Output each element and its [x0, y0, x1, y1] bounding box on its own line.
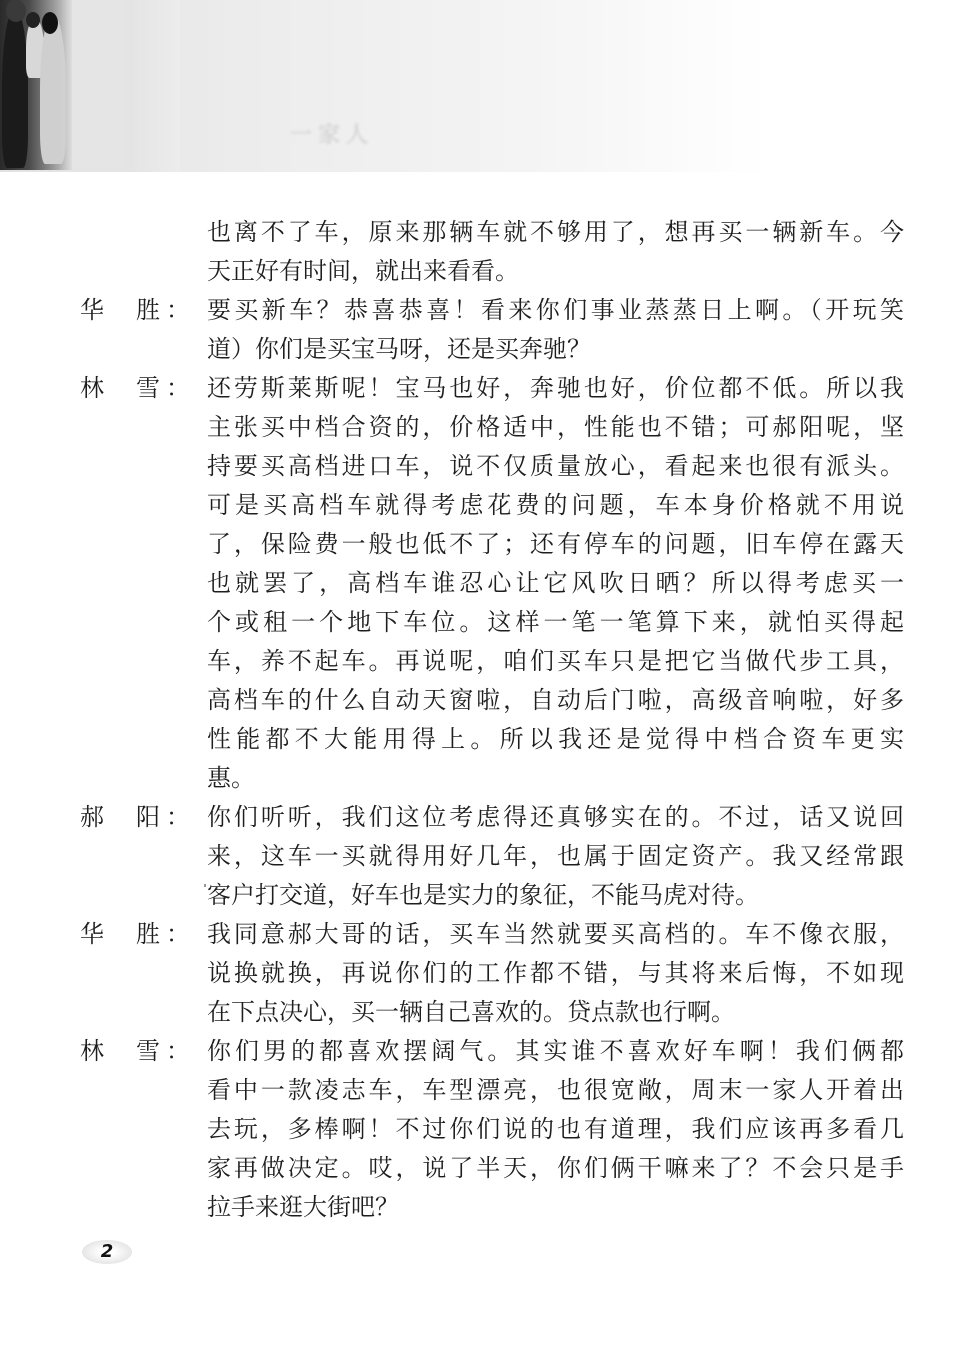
speaker-name-char: 雪 — [136, 369, 166, 408]
speaker-label: 林雪： — [80, 369, 190, 408]
dialogue-text: 道）你们是买宝马呀，还是买奔驰？ — [207, 330, 904, 369]
dialogue-line: 华胜：要买新车？恭喜恭喜！看来你们事业蒸蒸日上啊。（开玩笑 — [0, 291, 960, 330]
dialogue-line: 性能都不大能用得上。所以我还是觉得中档合资车更实 — [0, 720, 960, 759]
speaker-name-char: 胜 — [136, 291, 166, 330]
photo-figure-man — [2, 8, 28, 168]
faded-chapter-title: 一家人 — [290, 118, 374, 149]
dialogue-line: 天正好有时间，就出来看看。 — [0, 252, 960, 291]
dialogue-line: 了，保险费一般也低不了；还有停车的问题，旧车停在露天 — [0, 525, 960, 564]
dialogue-line: 华胜：我同意郝大哥的话，买车当然就要买高档的。车不像衣服， — [0, 915, 960, 954]
dialogue-line: 去玩，多棒啊！不过你们说的也有道理，我们应该再多看几 — [0, 1110, 960, 1149]
dialogue-line: 拉手来逛大街吧？ — [0, 1188, 960, 1227]
dialogue-text: 也就罢了，高档车谁忍心让它风吹日晒？所以得考虑买一 — [207, 564, 904, 603]
dialogue-line: 客户打交道，好车也是实力的象征，不能马虎对待。 — [0, 876, 960, 915]
dialogue-text: 看中一款凌志车，车型漂亮，也很宽敞，周末一家人开着出 — [207, 1071, 904, 1110]
dialogue-line: 也离不了车，原来那辆车就不够用了，想再买一辆新车。今 — [0, 213, 960, 252]
dialogue-line: 林雪：还劳斯莱斯呢！宝马也好，奔驰也好，价位都不低。所以我 — [0, 369, 960, 408]
dialogue-line: 家再做决定。哎，说了半天，你们俩干嘛来了？不会只是手 — [0, 1149, 960, 1188]
dialogue-line: 主张买中档合资的，价格适中，性能也不错；可郝阳呢，坚 — [0, 408, 960, 447]
dialogue-text: 家再做决定。哎，说了半天，你们俩干嘛来了？不会只是手 — [207, 1149, 904, 1188]
dialogue-line: 说换就换，再说你们的工作都不错，与其将来后悔，不如现 — [0, 954, 960, 993]
dialogue-text: 车，养不起车。再说呢，咱们买车只是把它当做代步工具， — [207, 642, 904, 681]
header-fade — [60, 0, 180, 172]
dialogue-text: 惠。 — [207, 759, 904, 798]
dialogue-line: 高档车的什么自动天窗啦，自动后门啦，高级音响啦，好多 — [0, 681, 960, 720]
speaker-label: 郝阳： — [80, 798, 190, 837]
dialogue-text: 你们听听，我们这位考虑得还真够实在的。不过，话又说回 — [207, 798, 904, 837]
dialogue-line: 林雪：你们男的都喜欢摆阔气。其实谁不喜欢好车啊！我们俩都 — [0, 1032, 960, 1071]
dialogue-line: 车，养不起车。再说呢，咱们买车只是把它当做代步工具， — [0, 642, 960, 681]
speaker-colon: ： — [166, 915, 186, 954]
speaker-colon: ： — [166, 1032, 186, 1071]
dialogue-text: 要买新车？恭喜恭喜！看来你们事业蒸蒸日上啊。（开玩笑 — [207, 291, 904, 330]
dialogue-line: 惠。 — [0, 759, 960, 798]
speaker-label: 华胜： — [80, 291, 190, 330]
scan-speck — [204, 884, 206, 887]
speaker-label: 林雪： — [80, 1032, 190, 1071]
dialogue-text: 你们男的都喜欢摆阔气。其实谁不喜欢好车啊！我们俩都 — [207, 1032, 904, 1071]
dialogue-text: 了，保险费一般也低不了；还有停车的问题，旧车停在露天 — [207, 525, 904, 564]
dialogue-line: 持要买高档进口车，说不仅质量放心，看起来也很有派头。 — [0, 447, 960, 486]
dialogue-text: 去玩，多棒啊！不过你们说的也有道理，我们应该再多看几 — [207, 1110, 904, 1149]
dialogue-text: 拉手来逛大街吧？ — [207, 1188, 904, 1227]
speaker-colon: ： — [166, 291, 186, 330]
speaker-label: 华胜： — [80, 915, 190, 954]
dialogue-line: 个或租一个地下车位。这样一笔一笔算下来，就怕买得起 — [0, 603, 960, 642]
dialogue-text: 持要买高档进口车，说不仅质量放心，看起来也很有派头。 — [207, 447, 904, 486]
dialogue-text: 个或租一个地下车位。这样一笔一笔算下来，就怕买得起 — [207, 603, 904, 642]
dialogue-line: 道）你们是买宝马呀，还是买奔驰？ — [0, 330, 960, 369]
speaker-name-char: 胜 — [136, 915, 166, 954]
speaker-name-char: 华 — [80, 915, 136, 954]
speaker-name-char: 林 — [80, 1032, 136, 1071]
page-number: 2 — [82, 1240, 132, 1264]
speaker-name-char: 阳 — [136, 798, 166, 837]
dialogue-text: 客户打交道，好车也是实力的象征，不能马虎对待。 — [207, 876, 904, 915]
dialogue-text: 还劳斯莱斯呢！宝马也好，奔驰也好，价位都不低。所以我 — [207, 369, 904, 408]
dialogue-line: 郝阳：你们听听，我们这位考虑得还真够实在的。不过，话又说回 — [0, 798, 960, 837]
speaker-name-char: 雪 — [136, 1032, 166, 1071]
dialogue-text: 来，这车一买就得用好几年，也属于固定资产。我又经常跟 — [207, 837, 904, 876]
dialogue-text: 也离不了车，原来那辆车就不够用了，想再买一辆新车。今 — [207, 213, 904, 252]
dialogue-text: 主张买中档合资的，价格适中，性能也不错；可郝阳呢，坚 — [207, 408, 904, 447]
photo-head — [26, 12, 40, 28]
dialogue-line: 看中一款凌志车，车型漂亮，也很宽敞，周末一家人开着出 — [0, 1071, 960, 1110]
dialogue-line: 来，这车一买就得用好几年，也属于固定资产。我又经常跟 — [0, 837, 960, 876]
dialogue-text: 高档车的什么自动天窗啦，自动后门啦，高级音响啦，好多 — [207, 681, 904, 720]
dialogue-body: 也离不了车，原来那辆车就不够用了，想再买一辆新车。今天正好有时间，就出来看看。华… — [0, 213, 960, 1227]
speaker-colon: ： — [166, 369, 186, 408]
photo-head — [42, 12, 58, 34]
dialogue-text: 在下点决心，买一辆自己喜欢的。贷点款也行啊。 — [207, 993, 904, 1032]
header-banner: 一家人 — [0, 0, 960, 172]
dialogue-text: 天正好有时间，就出来看看。 — [207, 252, 904, 291]
speaker-name-char: 华 — [80, 291, 136, 330]
dialogue-text: 可是买高档车就得考虑花费的问题，车本身价格就不用说 — [207, 486, 904, 525]
dialogue-line: 可是买高档车就得考虑花费的问题，车本身价格就不用说 — [0, 486, 960, 525]
dialogue-text: 性能都不大能用得上。所以我还是觉得中档合资车更实 — [207, 720, 904, 759]
dialogue-line: 也就罢了，高档车谁忍心让它风吹日晒？所以得考虑买一 — [0, 564, 960, 603]
dialogue-text: 说换就换，再说你们的工作都不错，与其将来后悔，不如现 — [207, 954, 904, 993]
speaker-name-char: 林 — [80, 369, 136, 408]
speaker-name-char: 郝 — [80, 798, 136, 837]
dialogue-text: 我同意郝大哥的话，买车当然就要买高档的。车不像衣服， — [207, 915, 904, 954]
speaker-colon: ： — [166, 798, 186, 837]
dialogue-line: 在下点决心，买一辆自己喜欢的。贷点款也行啊。 — [0, 993, 960, 1032]
photo-head — [6, 0, 26, 22]
